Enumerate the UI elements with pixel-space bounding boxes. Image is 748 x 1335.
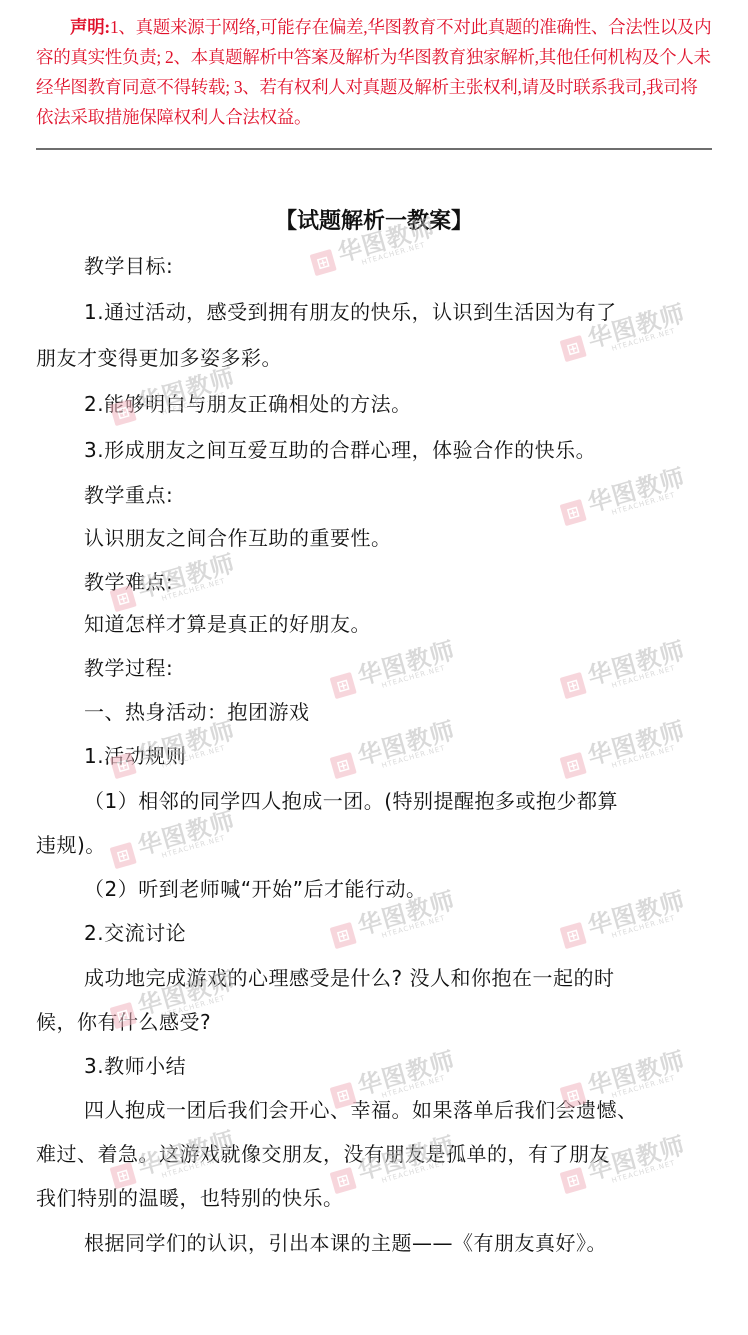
text-line: 一、热身活动：抱团游戏 [84, 696, 310, 725]
watermark-text: 华图教师 [585, 888, 688, 939]
watermark: ⊞华图教师HTEACHER.NET [558, 465, 690, 530]
watermark-logo-icon: ⊞ [109, 842, 136, 869]
watermark-text: 华图教师 [585, 638, 688, 689]
page-title: 【试题解析一教案】 [0, 204, 748, 235]
text-line: 认识朋友之间合作互助的重要性。 [84, 522, 392, 551]
watermark: ⊞华图教师HTEACHER.NET [558, 718, 690, 783]
watermark-logo-icon: ⊞ [329, 672, 356, 699]
watermark-subtext: HTEACHER.NET [381, 741, 460, 770]
text-line: 教学过程: [84, 652, 173, 681]
text-line: 违规)。 [36, 829, 106, 858]
text-line: 候，你有什么感受? [36, 1006, 211, 1035]
watermark-text: 华图教师 [135, 808, 238, 859]
watermark-subtext: HTEACHER.NET [611, 911, 690, 940]
text-line: 难过、着急。这游戏就像交朋友，没有朋友是孤单的，有了朋友 [36, 1138, 610, 1167]
watermark-subtext: HTEACHER.NET [381, 661, 460, 690]
text-line: 教学目标: [84, 250, 173, 279]
text-line: 3.教师小结 [84, 1050, 186, 1079]
watermark-logo-icon: ⊞ [559, 1167, 586, 1194]
watermark-logo-icon: ⊞ [559, 752, 586, 779]
text-line: （2）听到老师喊“开始”后才能行动。 [84, 873, 426, 902]
watermark-logo-icon: ⊞ [559, 672, 586, 699]
watermark-subtext: HTEACHER.NET [611, 741, 690, 770]
watermark-subtext: HTEACHER.NET [611, 324, 690, 353]
watermark: ⊞华图教师HTEACHER.NET [558, 888, 690, 953]
disclaimer-label: 声明: [70, 17, 110, 37]
watermark-subtext: HTEACHER.NET [161, 831, 240, 860]
watermark-text: 华图教师 [355, 718, 458, 769]
watermark-text: 华图教师 [585, 1048, 688, 1099]
watermark-logo-icon: ⊞ [559, 499, 586, 526]
watermark: ⊞华图教师HTEACHER.NET [108, 808, 240, 873]
watermark-text: 华图教师 [355, 1048, 458, 1099]
watermark-logo-icon: ⊞ [559, 335, 586, 362]
divider [36, 148, 712, 150]
watermark-logo-icon: ⊞ [329, 922, 356, 949]
watermark-text: 华图教师 [355, 638, 458, 689]
text-line: 教学重点: [84, 479, 173, 508]
watermark-logo-icon: ⊞ [309, 249, 336, 276]
text-line: 3.形成朋友之间互爱互助的合群心理，体验合作的快乐。 [84, 434, 596, 463]
text-line: 朋友才变得更加多姿多彩。 [36, 342, 282, 371]
disclaimer-text: 1、真题来源于网络,可能存在偏差,华图教育不对此真题的准确性、合法性以及内容的真… [36, 17, 711, 127]
text-line: 2.交流讨论 [84, 917, 186, 946]
watermark-subtext: HTEACHER.NET [361, 238, 440, 267]
watermark-logo-icon: ⊞ [559, 922, 586, 949]
text-line: （1）相邻的同学四人抱成一团。(特别提醒抱多或抱少都算 [84, 785, 618, 814]
watermark-subtext: HTEACHER.NET [611, 488, 690, 517]
watermark: ⊞华图教师HTEACHER.NET [558, 638, 690, 703]
text-line: 1.通过活动，感受到拥有朋友的快乐，认识到生活因为有了 [84, 296, 617, 325]
watermark: ⊞华图教师HTEACHER.NET [328, 638, 460, 703]
text-line: 教学难点: [84, 566, 173, 595]
text-line: 四人抱成一团后我们会开心、幸福。如果落单后我们会遗憾、 [84, 1094, 638, 1123]
text-line: 成功地完成游戏的心理感受是什么? 没人和你抱在一起的时 [84, 962, 614, 991]
text-line: 我们特别的温暖，也特别的快乐。 [36, 1182, 344, 1211]
watermark-subtext: HTEACHER.NET [611, 661, 690, 690]
watermark-text: 华图教师 [585, 718, 688, 769]
watermark-text: 华图教师 [585, 465, 688, 516]
text-line: 知道怎样才算是真正的好朋友。 [84, 608, 371, 637]
watermark: ⊞华图教师HTEACHER.NET [328, 718, 460, 783]
text-line: 2.能够明白与朋友正确相处的方法。 [84, 388, 412, 417]
watermark-logo-icon: ⊞ [329, 752, 356, 779]
text-line: 根据同学们的认识，引出本课的主题——《有朋友真好》。 [84, 1227, 607, 1256]
text-line: 1.活动规则 [84, 740, 186, 769]
watermark-subtext: HTEACHER.NET [611, 1156, 690, 1185]
watermark-subtext: HTEACHER.NET [381, 911, 460, 940]
disclaimer: 声明:1、真题来源于网络,可能存在偏差,华图教育不对此真题的准确性、合法性以及内… [36, 12, 712, 132]
